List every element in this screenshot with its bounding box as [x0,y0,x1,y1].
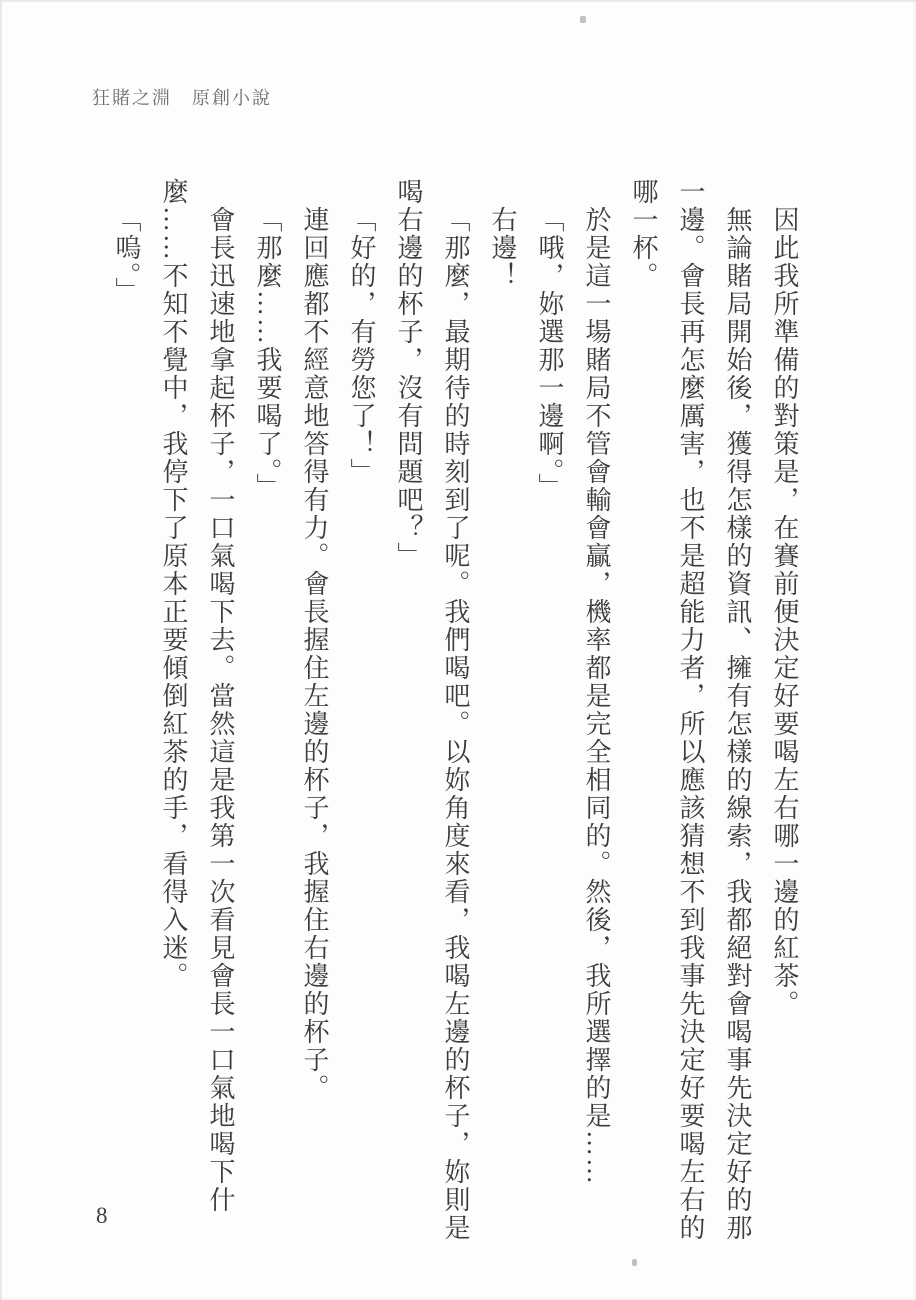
text-column: 無論賭局開始後，獲得怎樣的資訊、擁有怎樣的線索，我都絕對會喝事先決定好的那 [714,178,761,1218]
text-column: 會長迅速地拿起杯子，一口氣喝下去。當然這是我第一次看見會長一口氣地喝下什 [197,178,244,1218]
running-header: 狂賭之淵 原創小說 [92,84,272,110]
novel-page: 狂賭之淵 原創小說 因此我所準備的對策是，在賽前便決定好要喝左右哪一邊的紅茶。無… [0,0,916,1300]
text-column: 「那麼……我要喝了。」 [244,178,291,1218]
text-column: 因此我所準備的對策是，在賽前便決定好要喝左右哪一邊的紅茶。 [761,178,808,1218]
text-column: 連回應都不經意地答得有力。會長握住左邊的杯子，我握住右邊的杯子。 [291,178,338,1218]
text-column: 「嗚。」 [103,178,150,1218]
text-column: 一邊。會長再怎麼厲害，也不是超能力者，所以應該猜想不到我事先決定好要喝左右的 [667,178,714,1218]
text-column: 「那麼，最期待的時刻到了呢。我們喝吧。以妳角度來看，我喝左邊的杯子，妳則是 [432,178,479,1218]
text-column: 哪一杯。 [620,178,667,1218]
text-column: 右邊！ [479,178,526,1218]
page-number: 8 [96,1203,108,1229]
text-column: 於是這一場賭局不管會輸會贏，機率都是完全相同的。然後，我所選擇的是…… [573,178,620,1218]
text-column: 麼……不知不覺中，我停下了原本正要傾倒紅茶的手，看得入迷。 [150,178,197,1218]
text-columns: 因此我所準備的對策是，在賽前便決定好要喝左右哪一邊的紅茶。無論賭局開始後，獲得怎… [103,178,808,1218]
scan-artifact-top [580,16,586,23]
text-column: 「哦，妳選那一邊啊。」 [526,178,573,1218]
text-column: 喝右邊的杯子，沒有問題吧？」 [385,178,432,1218]
scan-artifact-bottom [632,1259,637,1266]
text-column: 「好的，有勞您了！」 [338,178,385,1218]
